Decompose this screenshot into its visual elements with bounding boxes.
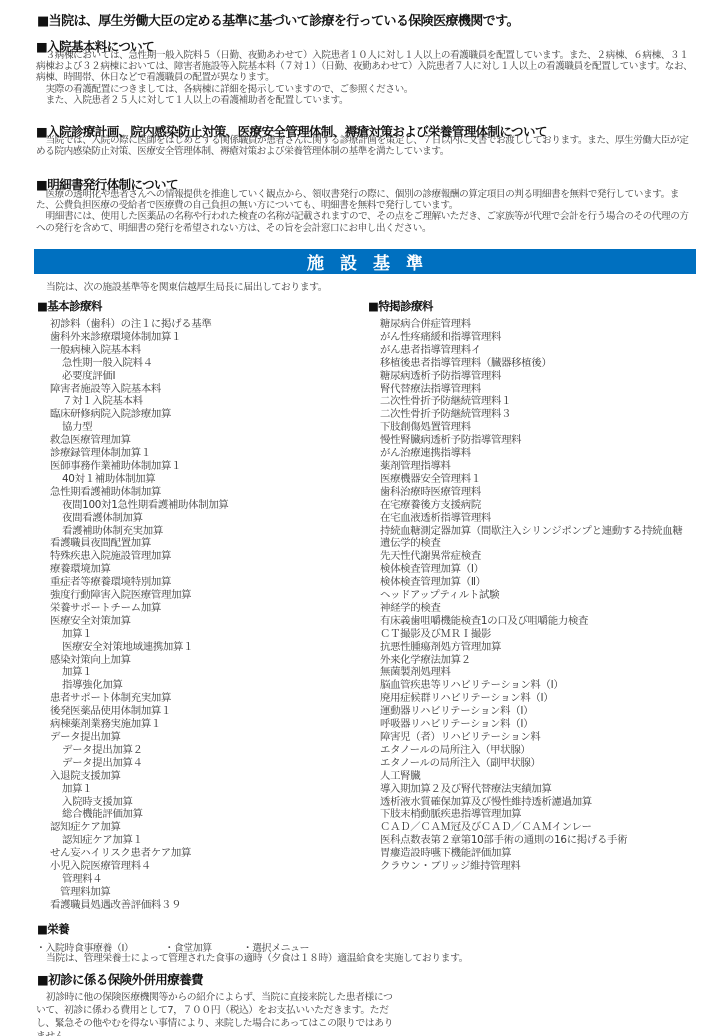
tokukei-list-item: 慢性腎臓病透析予防指導管理料 [380,434,682,447]
tokukei-list-item: 脳血管疾患等リハビリテーション料（Ⅰ） [380,679,682,692]
tokukei-list-item: ＣＴ撮影及びＭＲＩ撮影 [380,628,682,641]
tokukei-list-item: 外来化学療法加算２ [380,654,682,667]
tokukei-list-item: 検体検査管理加算（Ⅰ） [380,563,682,576]
paragraph: 実際の看護配置につきましては、各病棟に詳細を掲示していますので、ご参照ください。 [36,84,696,95]
kihon-list-item: 後発医薬品使用体制加算１ [50,705,229,718]
tokukei-list-item: がん治療連携指導料 [380,447,682,460]
paragraph: 当院では、入院の際に医師をはじめとする関係職員が患者さんに関する診療計画を策定し… [36,135,696,157]
tokukei-list-item: 在宅血液透析指導管理料 [380,512,682,525]
kihon-list-item: 夜間看護体制加算 [50,512,229,525]
shoshin-heading: ■初診に係る保険外併用療養費 [37,970,203,988]
kihon-list-item: 小児入院医療管理料４ [50,860,229,873]
tokukei-list-item: 持続血糖測定器加算（間歇注入シリンジポンプと連動する持続血糖 [380,525,682,538]
kihon-list-item: 特殊疾患入院施設管理加算 [50,550,229,563]
tokukei-list-item: 先天性代謝異常症検査 [380,550,682,563]
tokukei-list-item: 下肢創傷処置管理料 [380,421,682,434]
kihon-list: 初診料（歯科）の注１に掲げる基準歯科外来診療環境体制加算１一般病棟入院基本料急性… [50,318,229,912]
tokukei-list-item: 抗悪性腫瘍剤処方管理加算 [380,641,682,654]
tokukei-list-item: 運動器リハビリテーション料（Ⅰ） [380,705,682,718]
kihon-list-item: 臨床研修病院入院診療加算 [50,408,229,421]
kihon-list-item: 医療安全対策加算 [50,615,229,628]
paragraph: 明細書には、使用した医薬品の名称や行われた検査の名称が記載されますので、その点を… [36,211,696,233]
shoshin-paragraph: 初診時に他の保険医療機関等からの紹介によらず、当院に直接来院した患者様について、… [36,991,396,1036]
tokukei-list-item: がん患者指導管理料イ [380,344,682,357]
tokukei-list: 糖尿病合併症管理料がん性疼痛緩和指導管理料がん患者指導管理料イ移植後患者指導管理… [380,318,682,873]
kihon-list-item: せん妄ハイリスク患者ケア加算 [50,847,229,860]
tokukei-list-item: 無菌製剤処理料 [380,666,682,679]
shisetsu-banner: 施設基準 [34,249,696,274]
tokukei-list-item: 移植後患者指導管理料（臓器移植後） [380,357,682,370]
tokukei-list-item: 医科点数表第２章第10部手術の通則の16に掲げる手術 [380,834,682,847]
kihon-list-item: 入退院支援加算 [50,770,229,783]
kihon-list-item: 栄養サポートチーム加算 [50,602,229,615]
meisaisho-body: 医療の透明化や患者さんへの情報提供を推進していく観点から、領収書発行の際に、個別… [36,189,696,234]
kihon-list-item: 診療録管理体制加算１ [50,447,229,460]
kihon-list-item: 重症者等療養環境特別加算 [50,576,229,589]
kihon-list-item: データ提出加算 [50,731,229,744]
kihon-list-item: 看護職員夜間配置加算 [50,537,229,550]
eiyo-paragraph: 当院は、管理栄養士によって管理された食事の適時（夕食は１８時）適温給食を実施して… [46,953,468,964]
tokukei-list-item: 胃瘻造設時嚥下機能評価加算 [380,847,682,860]
tokukei-list-item: クラウン・ブリッジ維持管理料 [380,860,682,873]
tokukei-list-item: 導入期加算２及び腎代替療法実績加算 [380,783,682,796]
paragraph: また、入院患者２５人に対して１人以上の看護補助者を配置しています。 [36,95,696,106]
kihon-list-item: 協力型 [50,421,229,434]
kihon-list-item: 総合機能評価加算 [50,808,229,821]
tokukei-list-item: 二次性骨折予防継続管理料１ [380,395,682,408]
tokukei-list-item: ＣＡＤ／ＣＡＭ冠及びＣＡＤ／ＣＡＭインレー [380,821,682,834]
kihon-list-item: 認知症ケア加算１ [50,834,229,847]
kihon-list-item: 管理料加算 [50,886,229,899]
tokukei-list-item: 糖尿病透析予防指導管理料 [380,370,682,383]
tokukei-list-item: 神経学的検査 [380,602,682,615]
tokukei-list-item: 歯科治療時医療管理料 [380,486,682,499]
tokukei-list-item: 廃用症候群リハビリテーション料（Ⅰ） [380,692,682,705]
kihon-list-item: 看護職員処遇改善評価料３９ [50,899,229,912]
tokukei-list-item: エタノールの局所注入（副甲状腺） [380,757,682,770]
kihon-list-item: 看護補助体制充実加算 [50,525,229,538]
kihon-list-item: 夜間100対1急性期看護補助体制加算 [50,499,229,512]
tokukei-list-item: がん性疼痛緩和指導管理料 [380,331,682,344]
kihon-list-item: 障害者施設等入院基本料 [50,383,229,396]
kihon-list-item: 40対１補助体制加算 [50,473,229,486]
kihon-list-item: 一般病棟入院基本料 [50,344,229,357]
paragraph: 医療の透明化や患者さんへの情報提供を推進していく観点から、領収書発行の際に、個別… [36,189,696,211]
tokukei-list-item: 呼吸器リハビリテーション料（Ⅰ） [380,718,682,731]
kihon-list-item: 救急医療管理加算 [50,434,229,447]
tokukei-list-item: ヘッドアップティルト試験 [380,589,682,602]
tokukei-list-item: 透析液水質確保加算及び慢性維持透析濾過加算 [380,796,682,809]
kihon-list-item: 認知症ケア加算 [50,821,229,834]
kihon-list-item: 指導強化加算 [50,679,229,692]
kihon-list-item: データ提出加算４ [50,757,229,770]
kihon-list-item: 加算１ [50,628,229,641]
eiyo-items: ・入院時食事療養（Ⅰ） ・食堂加算 ・選択メニュー [36,940,337,954]
kihon-list-item: 医療安全対策地域連携加算１ [50,641,229,654]
kihon-list-item: 加算１ [50,666,229,679]
paragraph: ３病棟においては、急性期一般入院料５（日勤、夜勤あわせて）入院患者１０人に対し１… [36,50,696,84]
eiyo-heading: ■栄養 [37,921,69,937]
kihon-list-item: 療養環境加算 [50,563,229,576]
tokukei-list-item: 検体検査管理加算（Ⅱ） [380,576,682,589]
tokukei-list-item: 糖尿病合併症管理料 [380,318,682,331]
notice-heading: ■当院は、厚生労働大臣の定める基準に基づいて診療を行っている保険医療機関です。 [37,10,519,29]
kihon-list-item: 加算１ [50,783,229,796]
kihon-list-item: 患者サポート体制充実加算 [50,692,229,705]
tokukei-list-item: 障害児（者）リハビリテーション料 [380,731,682,744]
nyuin-kihon-body: ３病棟においては、急性期一般入院料５（日勤、夜勤あわせて）入院患者１０人に対し１… [36,50,696,106]
tokukei-list-item: 腎代替療法指導管理料 [380,383,682,396]
nyuin-shinryo-body: 当院では、入院の際に医師をはじめとする関係職員が患者さんに関する診療計画を策定し… [36,135,696,157]
tokukei-list-item: 二次性骨折予防継続管理料３ [380,408,682,421]
kihon-list-item: ７対１入院基本料 [50,395,229,408]
kihon-list-item: 急性期一般入院料４ [50,357,229,370]
kihon-list-item: 入院時支援加算 [50,796,229,809]
tokukei-list-item: 下肢末梢動脈疾患指導管理加算 [380,808,682,821]
kihon-list-item: 医師事務作業補助体制加算１ [50,460,229,473]
tokukei-list-item: 人工腎臓 [380,770,682,783]
tokukei-list-item: 有床義歯咀嚼機能検査1の口及び咀嚼能力検査 [380,615,682,628]
kihon-list-item: 管理料４ [50,873,229,886]
tokukei-list-item: 遺伝学的検査 [380,537,682,550]
kihon-list-item: 病棟薬剤業務実施加算１ [50,718,229,731]
tokukei-list-item: 薬剤管理指導料 [380,460,682,473]
kihon-list-item: 必要度評価Ⅰ [50,370,229,383]
kihon-list-item: 急性期看護補助体制加算 [50,486,229,499]
tokukei-list-item: 在宅療養後方支援病院 [380,499,682,512]
kihon-list-item: 強度行動障害入院医療管理加算 [50,589,229,602]
kihon-list-item: 初診料（歯科）の注１に掲げる基準 [50,318,229,331]
kihon-list-item: 歯科外来診療環境体制加算１ [50,331,229,344]
kihon-list-item: 感染対策向上加算 [50,654,229,667]
tokukei-list-item: エタノールの局所注入（甲状腺） [380,744,682,757]
shisetsu-intro: 当院は、次の施設基準等を関東信越厚生局長に届出しております。 [46,282,327,293]
banner-title: 施設基準 [291,249,439,274]
kihon-heading: ■基本診療料 [37,298,102,314]
kihon-list-item: データ提出加算２ [50,744,229,757]
tokukei-heading: ■特掲診療料 [368,298,433,314]
tokukei-list-item: 医療機器安全管理料１ [380,473,682,486]
